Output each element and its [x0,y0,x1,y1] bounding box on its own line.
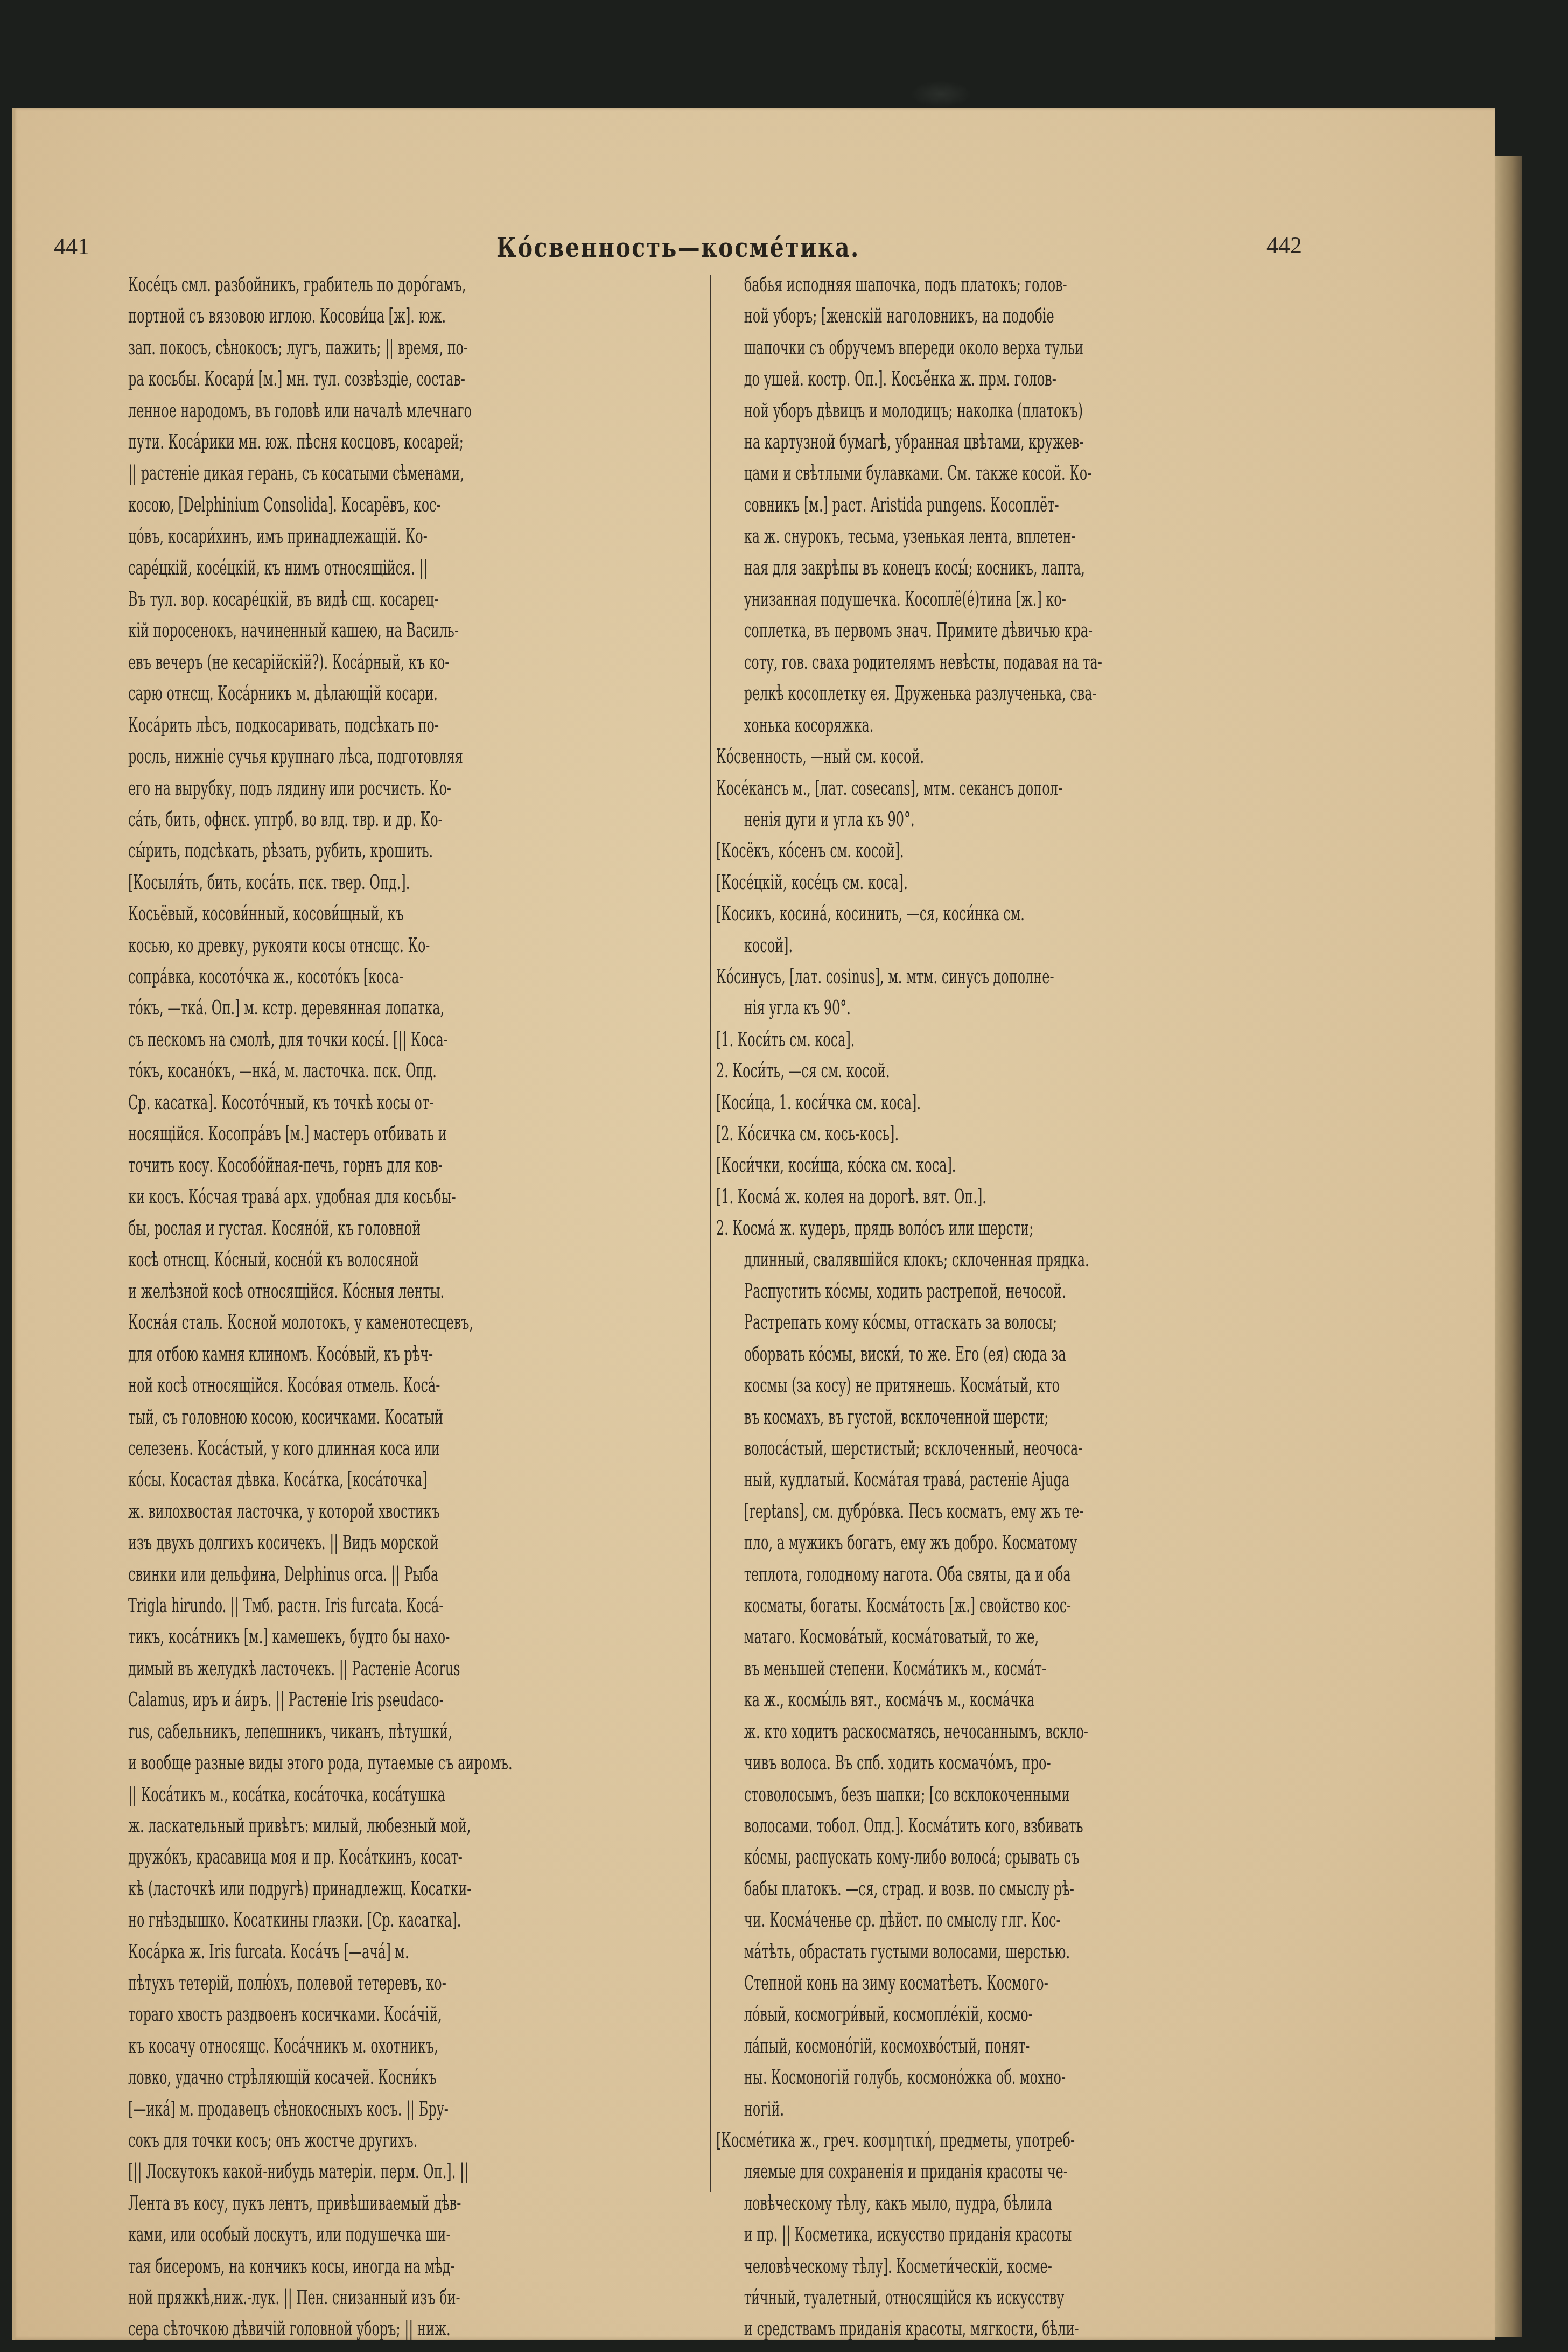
text-line: Въ тул. вор. косаре́цкій, въ видѣ сщ. ко… [128,584,717,615]
text-line: [reptans], см. дубро́вка. Песъ косматъ, … [716,1496,1382,1527]
entry-headword-line: [1. Коси́ть см. коса]. [716,1024,1354,1055]
text-line: въ космахъ, въ густой, всклоченной шерст… [716,1402,1382,1433]
text-line: оборвать ко́смы, виски́, то же. Его (ея)… [716,1339,1382,1370]
text-line: въ меньшей степени. Косма́тикъ м., косма… [716,1653,1382,1684]
text-line: сокъ для точки косъ; онъ жостче другихъ. [128,2125,717,2156]
entry-headword-line: [Косёкъ, ко́сенъ см. косой]. [716,835,1354,866]
column-divider [710,275,711,2192]
text-line: евъ вечеръ (не кесарійскій?). Коса́рный,… [128,647,717,678]
entry-headword-line: [2. Ко́сичка см. кось-кось]. [716,1118,1354,1150]
text-line: кѣ (ласточкѣ или подругѣ) принадлежщ. Ко… [128,1873,717,1905]
text-line: длинный, свалявшійся клокъ; склоченная п… [716,1244,1382,1276]
text-line: Косна́я сталь. Косной молотокъ, у камено… [128,1307,717,1338]
text-line: ка ж. снурокъ, тесьма, узенькая лента, в… [716,521,1382,552]
text-line: косѣ отнсщ. Ко́сный, косно́й къ волосяно… [128,1244,717,1276]
text-line: ненія дуги и угла къ 90°. [716,804,1382,835]
text-line: ленное народомъ, въ головѣ или началѣ мл… [128,395,717,426]
text-line: пло, а мужикъ богатъ, ему жъ добро. Косм… [716,1527,1382,1558]
text-line: Trigla hirundo. || Тмб. растн. Iris furc… [128,1590,717,1621]
text-line: космы (за косу) не притянешь. Косма́тый,… [716,1370,1382,1401]
text-line: [|| Лоскутокъ какой-нибудь матеріи. перм… [128,2156,717,2187]
text-line: нія угла къ 90°. [716,992,1382,1024]
entry-headword-line: Косе́кансъ м., [лат. cosecans], мтм. сек… [716,773,1354,804]
text-line: са́ть, бить, офнск. уптрб. во влд. твр. … [128,804,717,835]
text-line: носящійся. Косопра́въ [м.] мастеръ отбив… [128,1118,717,1150]
text-line: кій поросенокъ, начиненный кашею, на Вас… [128,615,717,646]
text-line: || Коса́тикъ м., коса́тка, коса́точка, к… [128,1779,717,1810]
text-line: [—ика́] м. продавецъ сѣнокосныхъ косъ. |… [128,2094,717,2125]
text-line: совникъ [м.] раст. Aristida pungens. Кос… [716,489,1382,521]
text-line: ной косѣ относящійся. Косо́вая отмель. К… [128,1370,717,1401]
book-page-edges [1495,156,1522,2337]
text-line: ной уборъ дѣвицъ и молодицъ; наколка (пл… [716,395,1382,426]
text-line: волоса́стый, шерстистый; всклоченный, не… [716,1433,1382,1464]
text-line: ти́чный, туалетный, относящійся къ искус… [716,2282,1382,2313]
entry-headword-line: [Косе́цкій, косе́цъ см. коса]. [716,867,1354,898]
text-line: къ косачу относящс. Коса́чникъ м. охотни… [128,2031,717,2062]
text-line: Распустить ко́смы, ходить растрепой, неч… [716,1276,1382,1307]
text-line: сера сѣточкою дѣвичій головной уборъ; ||… [128,2313,717,2344]
text-line: тикъ, коса́тникъ [м.] камешекъ, будто бы… [128,1621,717,1653]
text-line: сарю отнсщ. Коса́рникъ м. дѣлающій косар… [128,678,717,709]
text-line: || растеніе дикая герань, съ косатыми сѣ… [128,458,717,489]
text-line: ко́сы. Косастая дѣвка. Коса́тка, [коса́т… [128,1464,717,1495]
text-line: релкѣ косоплетку ея. Друженька разлучень… [716,678,1382,709]
entry-headword-line: [Косикъ, косина́, косинить, —ся, коси́нк… [716,898,1354,929]
text-line: косматы, богаты. Косма́тость [ж.] свойст… [716,1590,1382,1621]
text-line: ка ж., космы́ль вят., косма́чъ м., косма… [716,1684,1382,1716]
text-line: ной уборъ; [женскій наголовникъ, на подо… [716,300,1382,332]
text-line: чи. Косма́ченье ср. дѣйст. по смыслу глг… [716,1905,1382,1936]
text-line: соту, гов. сваха родителямъ невѣсты, под… [716,647,1382,678]
text-line: бабья исподняя шапочка, подъ платокъ; го… [716,269,1382,300]
text-line: и средствамъ приданія красоты, мягкости,… [716,2313,1382,2344]
text-line: ж. ласкательный привѣтъ: милый, любезный… [128,1810,717,1842]
text-line: точить косу. Кособо́йная-печь, горнъ для… [128,1150,717,1181]
text-line: косью, ко древку, рукояти косы отнсщс. К… [128,930,717,961]
entry-headword-line: 2. Коси́ть, —ся см. косой. [716,1055,1354,1087]
dictionary-page: 441 Ко́свенность—косме́тика. 442 Косе́цъ… [12,108,1495,2340]
text-line: бы, рослая и густая. Косяно́й, къ головн… [128,1213,717,1244]
text-line: ловко, удачно стрѣляющій косачей. Косни́… [128,2062,717,2093]
text-line: то́къ, косано́къ, —нка́, м. ласточка. пс… [128,1055,717,1087]
text-line: для отбою камня клиномъ. Косо́вый, къ рѣ… [128,1339,717,1370]
text-line: соплетка, въ первомъ знач. Примите дѣвич… [716,615,1382,646]
text-line: но гнѣздышко. Косаткины глазки. [Ср. кас… [128,1905,717,1936]
text-line: волосами. тобол. Опд.]. Косма́тить кого,… [716,1810,1382,1842]
text-line: Растрепать кому ко́смы, оттаскать за вол… [716,1307,1382,1338]
text-line: Степной конь на зиму косматѣетъ. Космого… [716,1968,1382,1999]
text-line: человѣческому тѣлу]. Космети́ческій, кос… [716,2251,1382,2282]
text-line: rus, сабельникъ, лепешникъ, чиканъ, пѣту… [128,1716,717,1747]
right-text-column: бабья исподняя шапочка, подъ платокъ; го… [716,269,1349,2345]
text-line: портной съ вязовою иглою. Косови́ца [ж].… [128,300,717,332]
text-line: ки косъ. Ко́счая трава́ арх. удобная для… [128,1181,717,1213]
text-line: цами и свѣтлыми булавками. См. также кос… [716,458,1382,489]
text-line: димый въ желудкѣ ласточекъ. || Растеніе … [128,1653,717,1684]
text-line: бабы платокъ. —ся, страд. и возв. по смы… [716,1873,1382,1905]
text-line: съ пескомъ на смолѣ, для точки косы́. [|… [128,1024,717,1055]
text-line: [Косыля́ть, бить, коса́ть. пск. твер. Оп… [128,867,717,898]
text-line: свинки или дельфина, Delphinus orca. || … [128,1559,717,1590]
text-line: ж. вилохвостая ласточка, у которой хвост… [128,1496,717,1527]
text-line: то́къ, —тка́. Оп.] м. кстр. деревянная л… [128,992,717,1024]
text-line: ра косьбы. Косари́ [м.] мн. тул. созвѣзд… [128,363,717,395]
text-line: зап. покосъ, сѣнокосъ; лугъ, пажить; || … [128,332,717,363]
text-line: и желѣзной косѣ относящійся. Ко́сныя лен… [128,1276,717,1307]
text-line: и вообще разные виды этого рода, путаемы… [128,1747,717,1779]
text-line: селезень. Коса́стый, у кого длинная коса… [128,1433,717,1464]
text-line: Коса́рка ж. Iris furcata. Коса́чъ [—ача́… [128,1936,717,1968]
page-number-right: 442 [1266,232,1302,259]
text-line: ло́вый, космогри́вый, космопле́кій, косм… [716,1999,1382,2030]
entry-headword-line: 2. Косма́ ж. кудерь, прядь воло́съ или ш… [716,1213,1354,1244]
text-line: тораго хвостъ раздвоенъ косичками. Коса́… [128,1999,717,2030]
text-line: ками, или особый лоскутъ, или подушечка … [128,2219,717,2250]
text-line: Коса́рить лѣсъ, подкосаривать, подсѣкать… [128,710,717,741]
text-line: саре́цкій, косе́цкій, къ нимъ относящійс… [128,552,717,584]
text-line: стоволосымъ, безъ шапки; [со всклокоченн… [716,1779,1382,1810]
text-line: пѣтухъ тетерій, полю́хъ, полевой тетерев… [128,1968,717,1999]
entry-headword-line: [Коси́чки, коси́ща, ко́ска см. коса]. [716,1150,1354,1181]
entry-headword-line: Ко́синусъ, [лат. cosinus], м. мтм. синус… [716,961,1354,992]
text-line: хонька косоряжка. [716,710,1382,741]
text-line: сы́рить, подсѣкать, рѣзать, рубить, крош… [128,835,717,866]
text-line: на картузной бумагѣ, убранная цвѣтами, к… [716,426,1382,458]
text-line: тый, съ головною косою, косичками. Косат… [128,1402,717,1433]
text-line: ны. Космоногій голубь, космоно́жка об. м… [716,2062,1382,2093]
text-line: ла́пый, космоно́гій, космохво́стый, поня… [716,2031,1382,2062]
text-line: косою, [Delphinium Consolida]. Косарёвъ,… [128,489,717,521]
text-line: его на вырубку, подъ лядину или росчисть… [128,773,717,804]
entry-headword-line: [1. Косма́ ж. колея на дорогѣ. вят. Оп.]… [716,1181,1354,1213]
text-line: сопра́вка, косото́чка ж., косото́къ [кос… [128,961,717,992]
text-line: цо́въ, косари́хинъ, имъ принадлежащій. К… [128,521,717,552]
page-number-left: 441 [54,233,89,260]
text-line: ной пряжкѣ,ниж.-лук. || Пен. снизанный и… [128,2282,717,2313]
text-line: теплота, голодному нагота. Оба святы, да… [716,1559,1382,1590]
text-line: дружо́къ, красавица моя и пр. Коса́ткинъ… [128,1842,717,1873]
entry-headword-line: [Коси́ца, 1. коси́чка см. коса]. [716,1087,1354,1118]
text-line: ж. кто ходитъ раскосматясь, нечосаннымъ,… [716,1716,1382,1747]
text-line: ко́смы, распускать кому-либо волоса́; ср… [716,1842,1382,1873]
text-line: ляемые для сохраненія и приданія красоты… [716,2156,1382,2187]
running-head-title: Ко́свенность—косме́тика. [496,232,860,263]
text-line: ма́тѣть, обрастать густыми волосами, шер… [716,1936,1382,1968]
text-line: ловѣческому тѣлу, какъ мыло, пудра, бѣли… [716,2188,1382,2219]
text-line: ная для закрѣпы въ конецъ косы́; косникъ… [716,552,1382,584]
entry-headword-line: Ко́свенность, —ный см. косой. [716,741,1354,772]
text-line: унизанная подушечка. Косоплё(е́)тина [ж.… [716,584,1382,615]
entry-headword-line: [Косме́тика ж., греч. κοσμητική, предмет… [716,2125,1354,2156]
text-line: ногій. [716,2094,1382,2125]
text-line: тая бисеромъ, на кончикъ косы, иногда на… [128,2251,717,2282]
page-gutter-edge [12,108,15,2340]
text-line: косой]. [716,930,1382,961]
text-line: пути. Коса́рики мн. юж. пѣсня косцовъ, к… [128,426,717,458]
text-line: Calamus, иръ и а́иръ. || Растеніе Iris p… [128,1684,717,1716]
text-line: и пр. || Косметика, искусство приданія к… [716,2219,1382,2250]
text-line: Лента въ косу, пукъ лентъ, привѣшиваемый… [128,2188,717,2219]
text-line: Косьёвый, косови́нный, косови́щный, къ [128,898,717,929]
text-line: росль, нижніе сучья крупнаго лѣса, подго… [128,741,717,772]
text-line: изъ двухъ долгихъ косичекъ. || Видъ морс… [128,1527,717,1558]
text-line: Ср. касатка]. Косото́чный, къ точкѣ косы… [128,1087,717,1118]
text-line: ный, кудлатый. Косма́тая трава́, растені… [716,1464,1382,1495]
text-line: Косе́цъ смл. разбойникъ, грабитель по до… [128,269,717,300]
text-line: матаго. Космова́тый, косма́товатый, то ж… [716,1621,1382,1653]
text-line: до ушей. костр. Оп.]. Косьё́нка ж. прм. … [716,363,1382,395]
left-text-column: Косе́цъ смл. разбойникъ, грабитель по до… [128,269,712,2345]
text-line: чивъ волоса. Въ спб. ходить космачо́мъ, … [716,1747,1382,1779]
text-line: шапочки съ обручемъ впереди около верха … [716,332,1382,363]
